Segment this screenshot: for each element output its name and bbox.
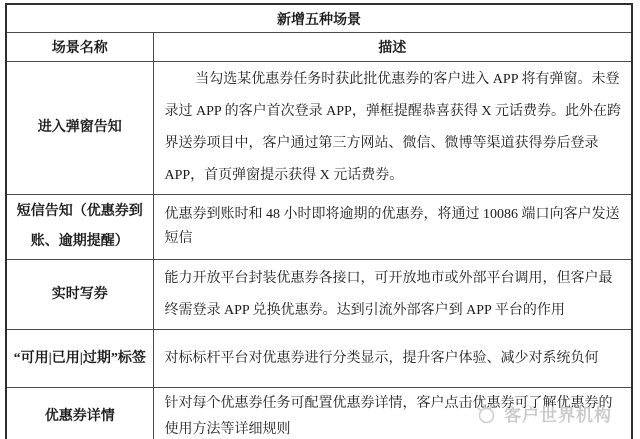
scenario-description: 当勾选某优惠券任务时获此批优惠券的客户进入 APP 将有弹窗。未登录过 APP …: [153, 62, 632, 195]
scenarios-table: 新增五种场景 场景名称 描述 进入弹窗告知 当勾选某优惠券任务时获此批优惠券的客…: [5, 3, 633, 439]
table-row: 优惠券详情 针对每个优惠券任务可配置优惠券详情，客户点击优惠券可了解优惠券的使用…: [6, 388, 632, 439]
table-row: 进入弹窗告知 当勾选某优惠券任务时获此批优惠券的客户进入 APP 将有弹窗。未登…: [6, 62, 632, 195]
scenario-name: 进入弹窗告知: [6, 62, 153, 195]
scenario-name: 实时写券: [6, 260, 153, 330]
scenario-name: 短信告知（优惠券到账、逾期提醒）: [6, 195, 153, 260]
table-title-row: 新增五种场景: [6, 4, 632, 33]
scenario-name: “可用|已用|过期”标签: [6, 330, 153, 388]
scenario-name: 优惠券详情: [6, 388, 153, 439]
scenario-description: 对标标杆平台对优惠券进行分类显示，提升客户体验、减少对系统负何: [153, 330, 632, 388]
table-row: “可用|已用|过期”标签 对标标杆平台对优惠券进行分类显示，提升客户体验、减少对…: [6, 330, 632, 388]
table-row: 实时写券 能力开放平台封装优惠券各接口，可开放地市或外部平台调用，但客户最终需登…: [6, 260, 632, 330]
scenario-description: 能力开放平台封装优惠券各接口，可开放地市或外部平台调用，但客户最终需登录 APP…: [153, 260, 632, 330]
column-header-description: 描述: [153, 33, 632, 62]
column-header-scenario-name: 场景名称: [6, 33, 153, 62]
table-header-row: 场景名称 描述: [6, 33, 632, 62]
scenario-description: 优惠券到账时和 48 小时即将逾期的优惠券，将通过 10086 端口向客户发送短…: [153, 195, 632, 260]
table-title: 新增五种场景: [6, 4, 632, 33]
table-row: 短信告知（优惠券到账、逾期提醒） 优惠券到账时和 48 小时即将逾期的优惠券，将…: [6, 195, 632, 260]
page: 新增五种场景 场景名称 描述 进入弹窗告知 当勾选某优惠券任务时获此批优惠券的客…: [0, 0, 640, 439]
scenario-description: 针对每个优惠券任务可配置优惠券详情，客户点击优惠券可了解优惠券的使用方法等详细规…: [153, 388, 632, 439]
